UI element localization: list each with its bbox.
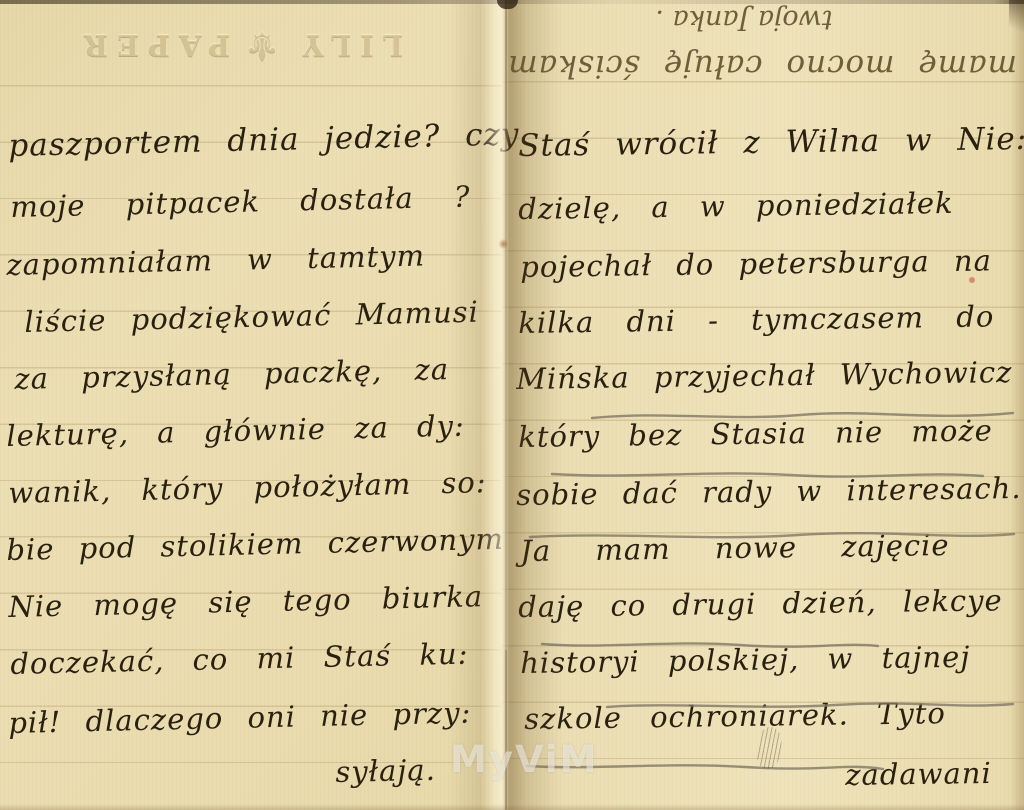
handwriting-line: sobie dać rady w interesach. — [516, 471, 1022, 512]
embossed-word-left: LILY — [294, 28, 403, 62]
handwriting-line: Ja mam nowe zajęcie — [520, 528, 950, 568]
scanned-letter-photo: LILY ⚜ PAPER twoja Janka . mamę mocno ca… — [0, 0, 1024, 810]
handwriting-line: Mińska przyjechał Wychowicz — [516, 355, 1013, 396]
fold-crease — [505, 650, 507, 810]
photo-watermark: MyViM — [450, 738, 598, 781]
handwriting-line: historyi polskiej, w tajnej — [520, 640, 971, 680]
handwriting-line: zadawani — [845, 756, 992, 792]
lily-ornament-icon: ⚜ — [244, 22, 280, 68]
handwriting-line: kilka dni - tymczasem do — [518, 299, 995, 340]
handwriting-line: dzielę, a w poniedziałek — [518, 186, 954, 226]
rust-spot — [499, 238, 508, 250]
photo-edge-right — [1011, 0, 1024, 810]
photo-edge-top — [0, 0, 1024, 4]
ink-speck — [969, 277, 975, 283]
photo-edge-bottom — [0, 804, 1024, 810]
handwriting-line: szkole ochroniarek. Tyto — [524, 696, 946, 736]
handwriting-line: pojechał do petersburga na — [520, 243, 992, 284]
inverted-note-line: twoja Janka . — [610, 4, 878, 35]
fold-crease — [505, 0, 507, 150]
handwriting-line: Staś wrócił z Wilna w Nie: — [518, 121, 1024, 164]
handwriting-line: daję co drugi dzień, lekcye — [518, 583, 1003, 624]
embossed-stamp: LILY ⚜ PAPER — [58, 16, 420, 74]
handwriting-line: syłają. — [335, 753, 436, 789]
fold-crease — [505, 150, 507, 650]
embossed-word-right: PAPER — [75, 28, 230, 62]
inverted-note-line: mamę mocno całuję ściskam — [512, 48, 1017, 84]
handwriting-line: który bez Stasia nie może — [518, 413, 993, 454]
